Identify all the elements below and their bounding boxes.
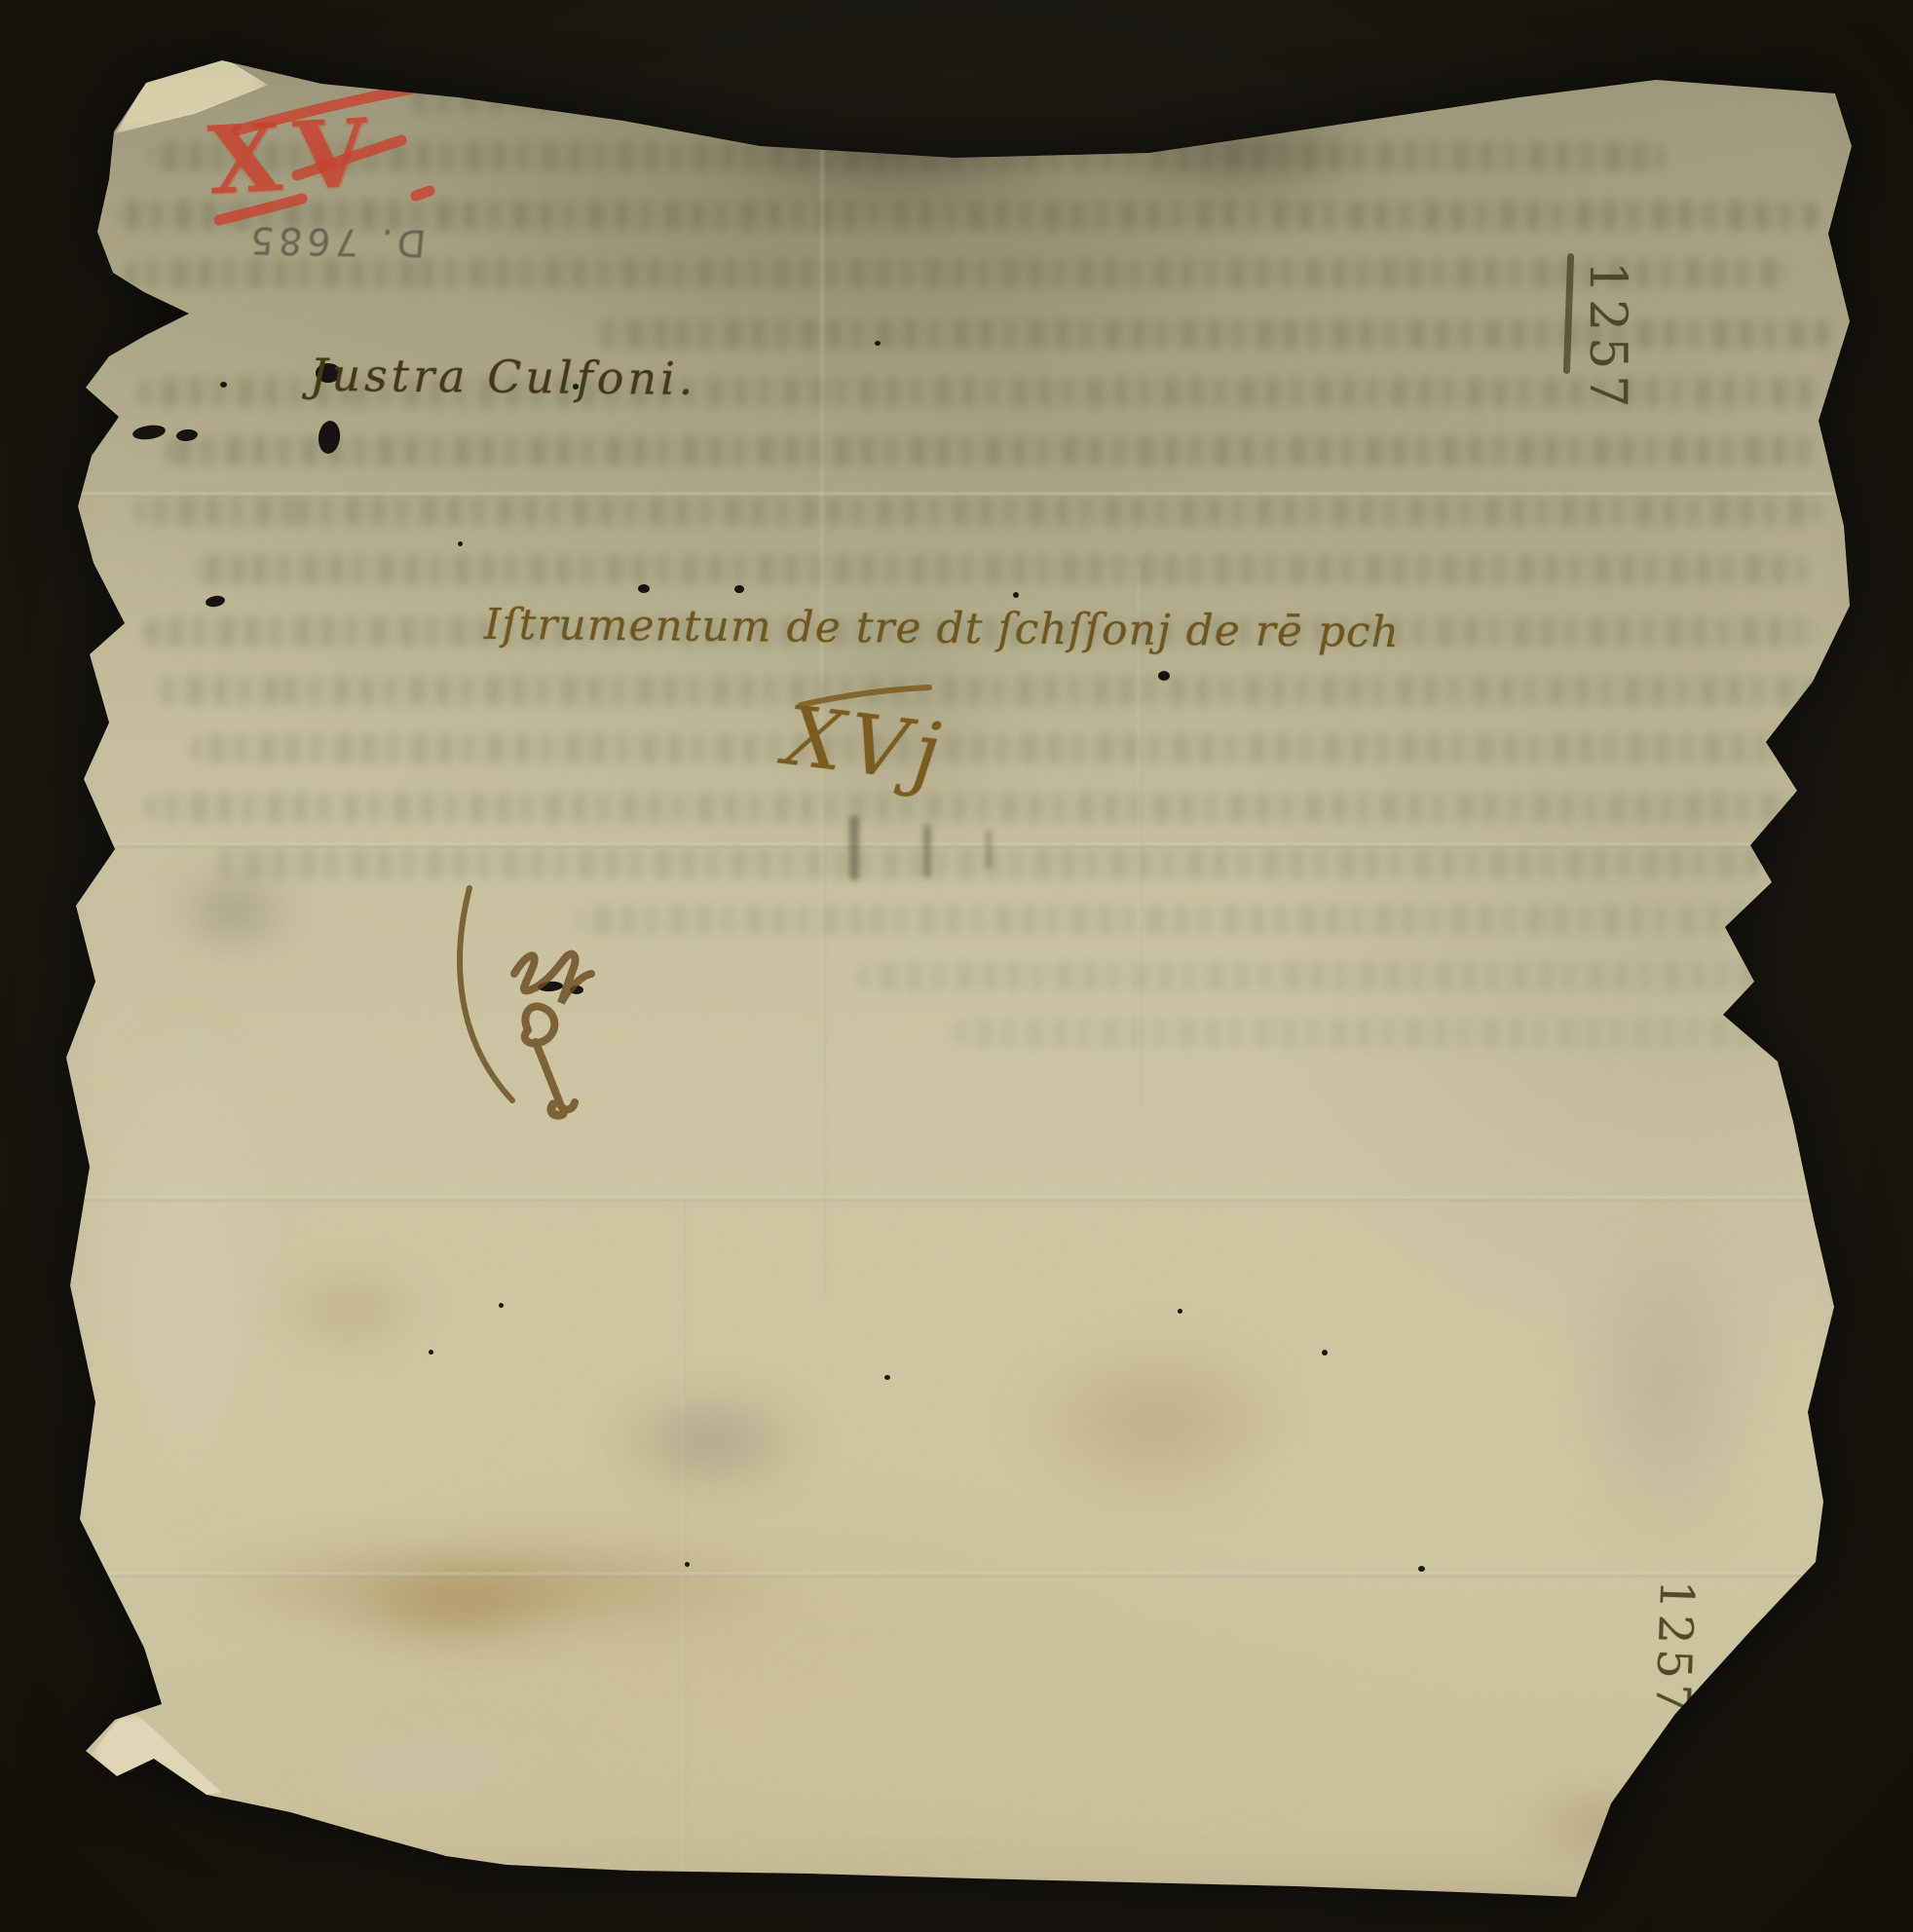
bleedthrough-row — [575, 906, 1812, 935]
bleedthrough-row — [409, 84, 1305, 113]
bleedthrough-row — [136, 497, 1821, 526]
speck — [884, 1375, 890, 1380]
side-date-top: 1257 — [1578, 261, 1636, 413]
red-crayon-shelfmark: XV — [206, 96, 384, 215]
light-area — [58, 925, 312, 1607]
parchment-hole — [638, 584, 650, 593]
rust-streak-stain — [955, 1295, 1364, 1548]
speck — [1178, 1309, 1182, 1314]
content-note-inscription: Iſtrumentum de tre dt ſchſſonj de rē pch — [484, 600, 1400, 657]
speck — [458, 541, 463, 546]
brown-spot-stain — [244, 1251, 458, 1368]
speck — [1418, 1566, 1425, 1572]
speck — [499, 1303, 504, 1308]
bleedthrough-row — [594, 319, 1831, 349]
residue-stain — [244, 1724, 614, 1811]
ghost-vertical-mark — [849, 816, 859, 880]
ghost-vertical-mark — [986, 830, 992, 869]
speck — [875, 341, 881, 346]
vertical-fold-crease — [682, 1198, 686, 1879]
shading-stain — [1519, 1149, 1812, 1636]
side-date-bottom: 1257 — [1644, 1579, 1704, 1719]
archival-note-inscription: Justra Culfoni. — [310, 349, 697, 405]
parchment-wrap: XV D. 7685 Justra Culfoni. Iſtrumentum d… — [0, 0, 1913, 1932]
bleedthrough-row — [955, 1019, 1792, 1048]
horizontal-fold-crease — [68, 843, 1835, 847]
ghost-vertical-mark — [923, 824, 931, 878]
horizontal-fold-crease — [68, 1573, 1835, 1577]
bleedthrough-row — [164, 436, 1819, 465]
parchment-hole — [1158, 671, 1170, 681]
speck — [685, 1562, 690, 1567]
dark-smudge-stain — [1032, 58, 1442, 234]
bleedthrough-row — [857, 962, 1792, 991]
horizontal-fold-crease — [68, 1197, 1835, 1201]
parchment-sheet: XV D. 7685 Justra Culfoni. Iſtrumentum d… — [0, 0, 1913, 1932]
speck — [1013, 592, 1019, 598]
parchment-hole — [734, 585, 744, 593]
speck — [1322, 1350, 1328, 1356]
parchment-hole — [570, 985, 583, 994]
speck — [429, 1350, 433, 1355]
roman-number-note: XVj — [780, 687, 951, 801]
pencil-archive-number: D. 7685 — [244, 218, 428, 264]
gray-smudge-stain — [565, 1363, 857, 1519]
speck — [220, 382, 227, 388]
brown-corner-stain — [1481, 1772, 1734, 1879]
photo-stage: XV D. 7685 Justra Culfoni. Iſtrumentum d… — [0, 0, 1913, 1932]
horizontal-fold-crease — [68, 493, 1835, 497]
